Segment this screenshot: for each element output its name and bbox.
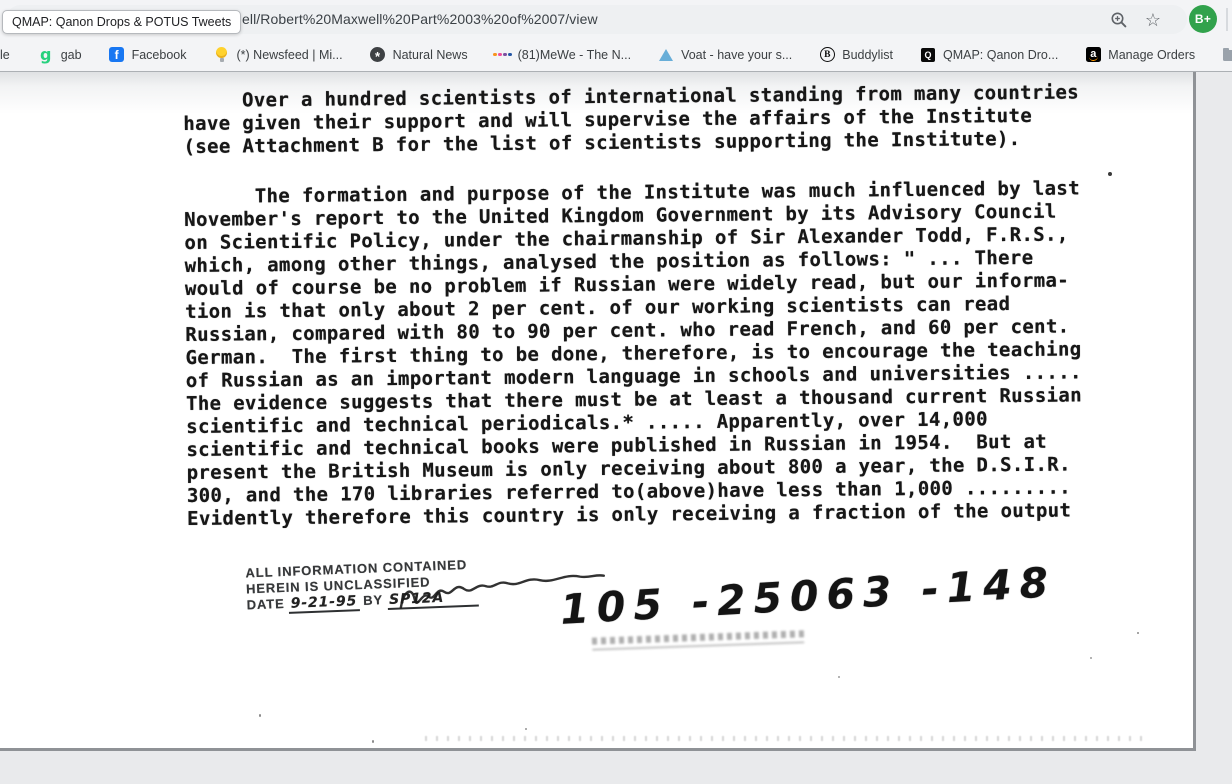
paragraph-2: The formation and purpose of the Institu… — [184, 177, 1083, 531]
scan-speck — [259, 714, 261, 717]
bookmark-item-qmap[interactable]: Q QMAP: Qanon Dro... — [920, 47, 1058, 63]
gab-icon: g — [38, 47, 54, 63]
file-number: 105 -25063 -148 — [559, 558, 1057, 634]
bookmark-item-voat[interactable]: Voat - have your s... — [658, 47, 792, 63]
bookmark-label: le — [0, 48, 10, 62]
bookmark-item-natural-news[interactable]: * Natural News — [370, 47, 468, 63]
qmap-icon: Q — [920, 47, 936, 63]
scan-noise — [425, 736, 1145, 741]
bookmark-item-buddylist[interactable]: B Buddylist — [819, 47, 893, 63]
natural-news-icon: * — [370, 47, 386, 63]
bookmark-label: Manage Orders — [1108, 48, 1195, 62]
bookmarks-bar: le g gab f Facebook (*) Newsfeed | Mi...… — [0, 38, 1232, 72]
paragraph-1: Over a hundred scientists of internation… — [183, 81, 1080, 159]
bookmark-label: Natural News — [393, 48, 468, 62]
bookmark-item-gab[interactable]: g gab — [38, 47, 82, 63]
mewe-dots-icon — [495, 47, 511, 63]
toolbar-divider — [1226, 8, 1228, 31]
bookmark-label: Voat - have your s... — [681, 48, 792, 62]
scan-speck — [1090, 657, 1092, 659]
bookmark-star-icon[interactable]: ☆ — [1143, 10, 1163, 30]
url-text: ell/Robert%20Maxwell%20Part%2003%20of%20… — [242, 11, 598, 27]
scan-speck — [372, 740, 374, 743]
bookmark-item-newsfeed[interactable]: (*) Newsfeed | Mi... — [214, 47, 343, 63]
scan-speck — [1137, 632, 1139, 634]
bookmark-label: Buddylist — [842, 48, 893, 62]
buddylist-icon: B — [819, 47, 835, 63]
bookmark-label: (*) Newsfeed | Mi... — [237, 48, 343, 62]
facebook-icon: f — [109, 47, 125, 63]
declassification-stamp: ALL INFORMATION CONTAINED HEREIN IS UNCL… — [245, 557, 478, 616]
bookmark-label: (81)MeWe - The N... — [518, 48, 631, 62]
scan-speck — [838, 676, 840, 678]
profile-avatar[interactable]: B+ — [1189, 5, 1217, 33]
zoom-in-icon[interactable] — [1109, 10, 1129, 30]
bookmark-item-facebook[interactable]: f Facebook — [109, 47, 187, 63]
stamp-by-value: SP12A — [387, 589, 479, 610]
bookmark-label: QMAP: Qanon Dro... — [943, 48, 1058, 62]
lightbulb-icon — [214, 47, 230, 63]
bookmark-item-pedogate[interactable]: Pedogate — [1222, 47, 1232, 63]
voat-triangle-icon — [658, 47, 674, 63]
scan-speck — [525, 728, 527, 730]
amazon-icon: a — [1085, 47, 1101, 63]
stamp-by-label: BY — [363, 592, 383, 609]
scan-speck — [1108, 172, 1112, 176]
stamp-date-value: 9-21-95 — [288, 593, 359, 614]
bookmark-item-mewe[interactable]: (81)MeWe - The N... — [495, 47, 631, 63]
document-viewer[interactable]: Over a hundred scientists of internation… — [0, 72, 1232, 784]
document-page: Over a hundred scientists of internation… — [0, 72, 1196, 751]
bookmark-label: Facebook — [132, 48, 187, 62]
bookmark-item-manage-orders[interactable]: a Manage Orders — [1085, 47, 1195, 63]
folder-icon — [1222, 47, 1232, 63]
bookmark-label: gab — [61, 48, 82, 62]
bookmark-item-partial[interactable]: le — [0, 48, 10, 62]
bookmark-tooltip: QMAP: Qanon Drops & POTUS Tweets — [2, 10, 241, 34]
stamp-date-label: DATE — [246, 596, 285, 613]
